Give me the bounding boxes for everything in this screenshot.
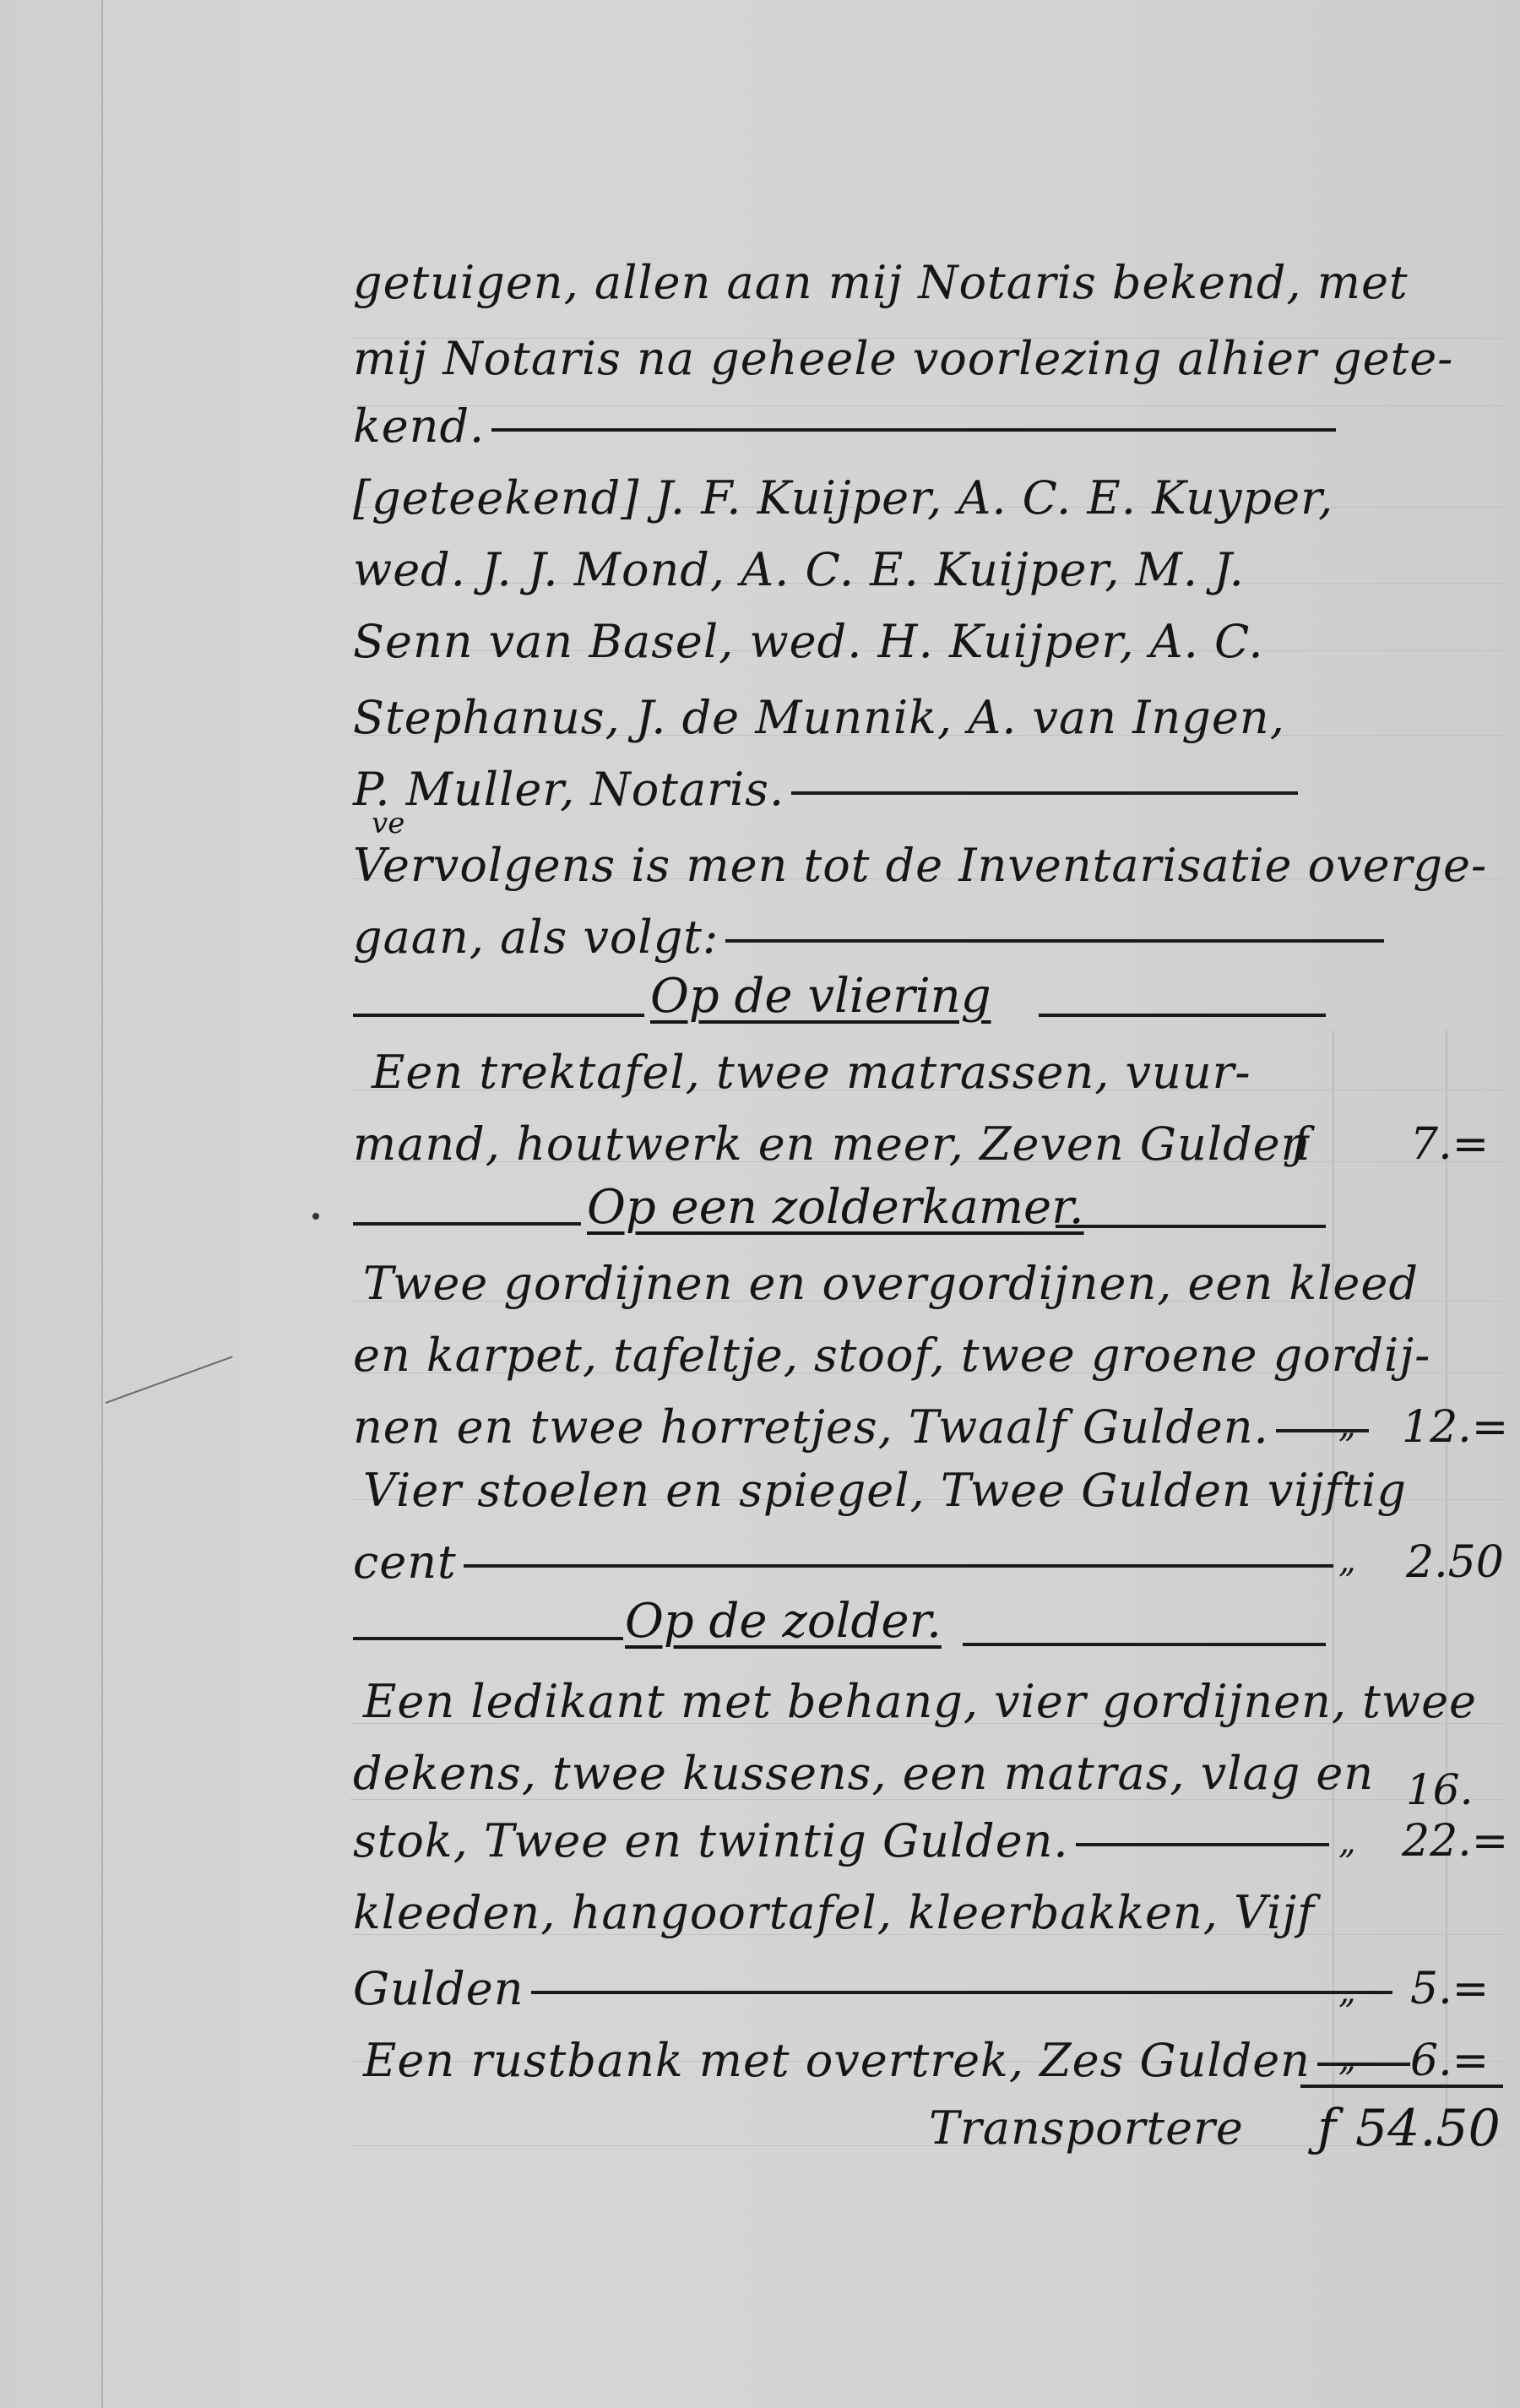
entry-line: cent bbox=[353, 1537, 1333, 1588]
signatures-line: P. Muller, Notaris. bbox=[353, 764, 1298, 815]
ditto-mark: „ bbox=[1338, 1406, 1356, 1445]
document-page: getuigen, allen aan mij Notaris bekend, … bbox=[0, 0, 1520, 2408]
filler-rule bbox=[791, 791, 1298, 795]
transport-label: Transportere bbox=[929, 2103, 1244, 2154]
amount-value: 2.50 bbox=[1406, 1537, 1504, 1588]
entry-line: en karpet, tafeltje, stoof, twee groene … bbox=[353, 1330, 1430, 1381]
signatures-line: Stephanus, J. de Munnik, A. van Ingen, bbox=[353, 693, 1285, 743]
margin-note: ve bbox=[372, 807, 404, 840]
entry-line: mand, houtwerk en meer, Zeven Gulden bbox=[353, 1119, 1311, 1170]
entry-line: Vier stoelen en spiegel, Twee Gulden vij… bbox=[363, 1465, 1407, 1516]
heading-rule-right bbox=[963, 1643, 1326, 1646]
text-line-content: kend. bbox=[353, 400, 485, 453]
section-heading: Op een zolderkamer. bbox=[587, 1182, 1084, 1233]
heading-rule-left bbox=[353, 1637, 623, 1640]
entry-line: dekens, twee kussens, een matras, vlag e… bbox=[353, 1748, 1374, 1799]
entry-line: Een ledikant met behang, vier gordijnen,… bbox=[363, 1677, 1477, 1727]
entry-line-content: cent bbox=[353, 1536, 457, 1589]
heading-rule-right bbox=[1056, 1225, 1326, 1228]
text-line: gaan, als volgt: bbox=[353, 912, 1384, 963]
amount-value: 22.= bbox=[1402, 1816, 1508, 1867]
filler-rule bbox=[1317, 2063, 1410, 2066]
ink-dot bbox=[312, 1213, 319, 1220]
filler-rule bbox=[464, 1564, 1333, 1568]
amount-value: 5.= bbox=[1410, 1964, 1489, 2014]
entry-line: stok, Twee en twintig Gulden. bbox=[353, 1816, 1329, 1867]
section-title: Op de zolder. bbox=[625, 1594, 942, 1649]
entry-line: Gulden bbox=[353, 1964, 1392, 2014]
notary-signature: P. Muller, Notaris. bbox=[353, 763, 784, 816]
ditto-mark: „ bbox=[1338, 1972, 1356, 2011]
ditto-mark: „ bbox=[1338, 1541, 1356, 1580]
total-amount: 54.50 bbox=[1355, 2103, 1501, 2154]
section-title: Op een zolderkamer. bbox=[587, 1180, 1084, 1235]
entry-line: kleeden, hangoortafel, kleerbakken, Vijf bbox=[353, 1888, 1315, 1938]
margin-rule bbox=[101, 0, 103, 2408]
text-line: kend. bbox=[353, 401, 1336, 452]
signatures-line: Senn van Basel, wed. H. Kuijper, A. C. bbox=[353, 617, 1264, 667]
filler-rule bbox=[725, 939, 1384, 943]
section-title: Op de vliering bbox=[650, 969, 991, 1024]
entry-line-content: stok, Twee en twintig Gulden. bbox=[353, 1814, 1069, 1867]
pencil-mark bbox=[106, 1356, 233, 1404]
heading-rule-right bbox=[1039, 1014, 1326, 1017]
text-line-content: gaan, als volgt: bbox=[353, 910, 719, 964]
ditto-mark: „ bbox=[1338, 2040, 1356, 2079]
amount-value: 6.= bbox=[1410, 2036, 1489, 2086]
filler-rule bbox=[1076, 1843, 1329, 1846]
signatures-line: wed. J. J. Mond, A. C. E. Kuijper, M. J. bbox=[353, 545, 1245, 595]
entry-line-content: nen en twee horretjes, Twaalf Gulden. bbox=[353, 1400, 1269, 1454]
entry-line-content: Een rustbank met overtrek, Zes Gulden bbox=[363, 2034, 1311, 2087]
amount-correction: 16. bbox=[1406, 1765, 1474, 1814]
heading-rule-left bbox=[353, 1014, 644, 1017]
section-heading: Op de zolder. bbox=[625, 1596, 942, 1647]
amount-value: 7.= bbox=[1410, 1119, 1489, 1170]
entry-line: Een rustbank met overtrek, Zes Gulden bbox=[363, 2036, 1410, 2086]
entry-line-content: Gulden bbox=[353, 1962, 524, 2015]
amount-value: 12.= bbox=[1402, 1402, 1508, 1453]
entry-line: nen en twee horretjes, Twaalf Gulden. bbox=[353, 1402, 1369, 1453]
currency-symbol: ƒ bbox=[1317, 2103, 1336, 2154]
total-rule bbox=[1300, 2085, 1503, 2088]
section-heading: Op de vliering bbox=[650, 971, 991, 1022]
filler-rule bbox=[491, 428, 1336, 432]
ditto-mark: „ bbox=[1338, 1823, 1356, 1862]
text-line: Vervolgens is men tot de Inventarisatie … bbox=[353, 840, 1487, 891]
text-line: getuigen, allen aan mij Notaris bekend, … bbox=[353, 258, 1409, 308]
signatures-line: [geteekend] J. F. Kuijper, A. C. E. Kuyp… bbox=[353, 473, 1333, 524]
text-line: mij Notaris na geheele voorlezing alhier… bbox=[353, 334, 1453, 384]
filler-rule bbox=[531, 1991, 1392, 1994]
heading-rule-left bbox=[353, 1222, 581, 1226]
entry-line: Twee gordijnen en overgordijnen, een kle… bbox=[363, 1258, 1419, 1309]
entry-line: Een trektafel, twee matrassen, vuur- bbox=[372, 1047, 1251, 1098]
currency-symbol: ƒ bbox=[1292, 1119, 1308, 1170]
